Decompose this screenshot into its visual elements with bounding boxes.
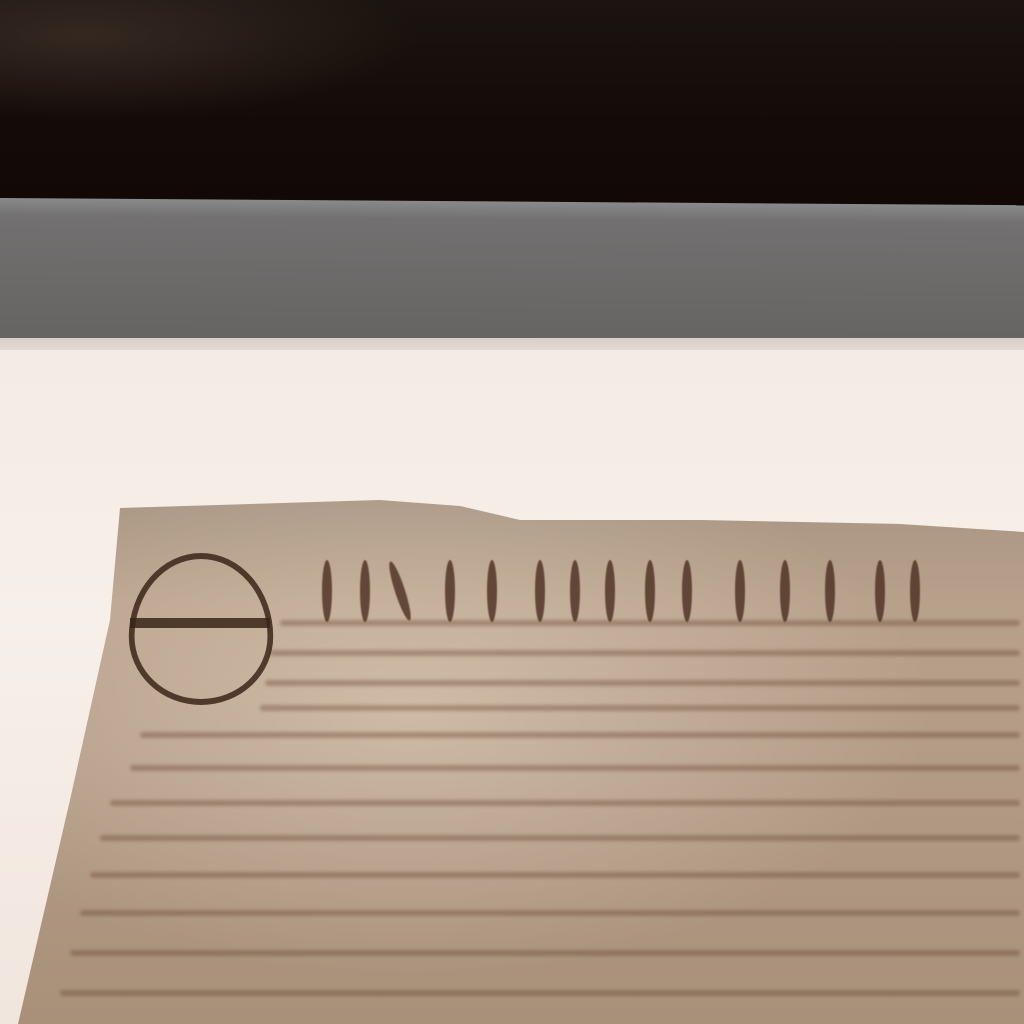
elongated-letter <box>360 560 370 622</box>
elongated-letter <box>445 560 455 622</box>
text-line <box>100 835 1020 841</box>
text-line <box>265 680 1020 686</box>
elongated-letter <box>682 560 692 622</box>
elongated-letter <box>605 560 615 622</box>
text-line <box>60 990 1020 996</box>
elongated-letter <box>535 560 545 622</box>
elongated-letter <box>645 560 655 622</box>
elongated-letter <box>322 560 332 622</box>
elongated-letter <box>910 560 920 622</box>
text-line <box>260 705 1020 711</box>
text-line <box>110 800 1020 806</box>
elongated-letter <box>735 560 745 622</box>
text-line <box>270 650 1020 656</box>
text-line <box>130 765 1020 771</box>
grey-display-board <box>0 198 1024 355</box>
text-line <box>140 732 1020 738</box>
elongated-letter <box>487 560 497 622</box>
text-line <box>70 950 1020 956</box>
text-line <box>90 872 1020 878</box>
text-line <box>80 910 1020 916</box>
background-glow <box>0 0 420 120</box>
elongated-letter <box>780 560 790 622</box>
elongated-letter <box>825 560 835 622</box>
elongated-letter <box>875 560 885 622</box>
decorated-initial-bar <box>130 618 270 628</box>
dark-background <box>0 0 1024 210</box>
elongated-letter <box>570 560 580 622</box>
